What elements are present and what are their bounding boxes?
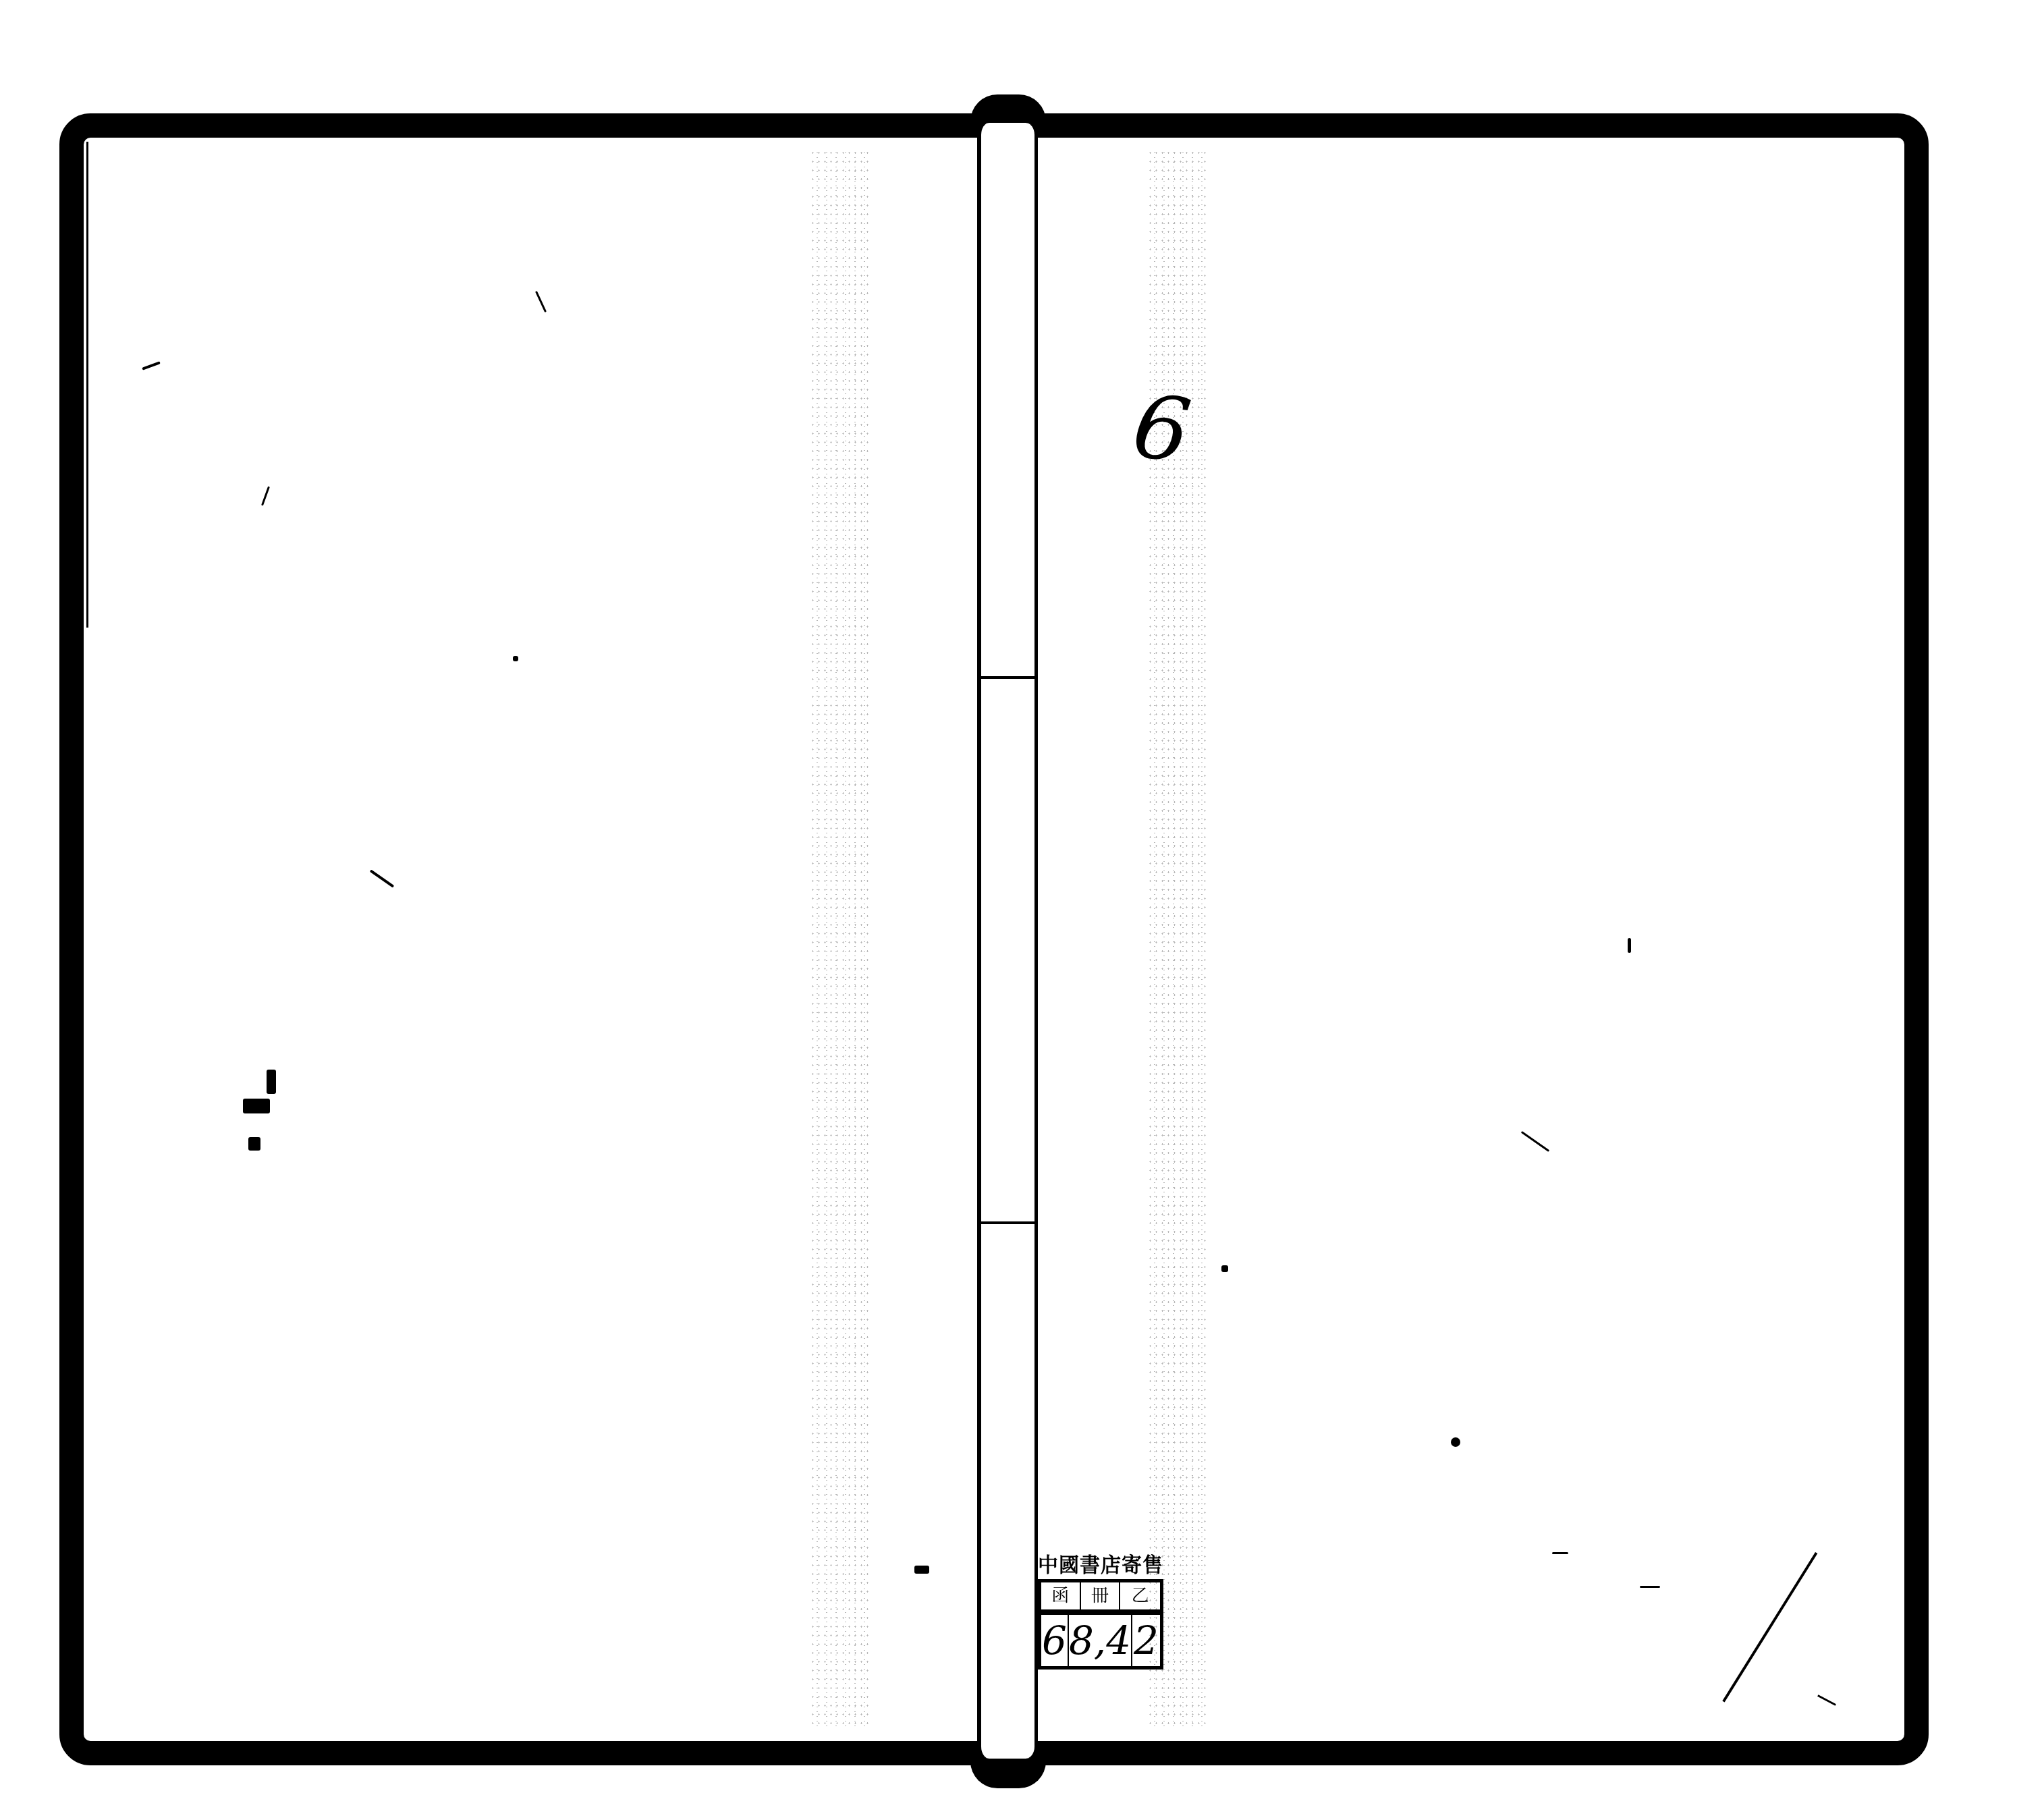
label-value-cell: 6 bbox=[1041, 1615, 1069, 1666]
label-header-cell: 函 bbox=[1041, 1582, 1081, 1611]
label-header-cell: 乙 bbox=[1120, 1582, 1160, 1611]
scan-speck bbox=[513, 656, 518, 661]
scan-speck bbox=[1640, 1586, 1660, 1588]
scan-speck bbox=[1552, 1552, 1568, 1554]
spine-stitch bbox=[981, 676, 1034, 679]
scan-speck bbox=[248, 1137, 260, 1151]
scan-speck bbox=[1451, 1437, 1460, 1447]
spine-stitch bbox=[981, 1221, 1034, 1224]
label-value-cell: 8,4 bbox=[1069, 1615, 1132, 1666]
label-value-cell: 2 bbox=[1132, 1615, 1160, 1666]
scan-speck bbox=[243, 1099, 270, 1113]
scan-speck bbox=[1221, 1265, 1228, 1272]
scan-speck bbox=[1628, 938, 1631, 953]
paper-speckle-left bbox=[810, 148, 871, 1728]
scan-speck bbox=[914, 1566, 929, 1574]
label-value-row: 6 8,4 2 bbox=[1038, 1615, 1163, 1670]
scan-speck bbox=[267, 1070, 276, 1094]
book-spine bbox=[977, 123, 1038, 1759]
left-inner-edge-line bbox=[86, 142, 88, 628]
label-title: 中國書店寄售 bbox=[1038, 1552, 1163, 1579]
label-header-cell: 冊 bbox=[1081, 1582, 1121, 1611]
consignment-label: 中國書店寄售 函 冊 乙 6 8,4 2 bbox=[1038, 1552, 1163, 1670]
label-header-row: 函 冊 乙 bbox=[1038, 1579, 1163, 1615]
